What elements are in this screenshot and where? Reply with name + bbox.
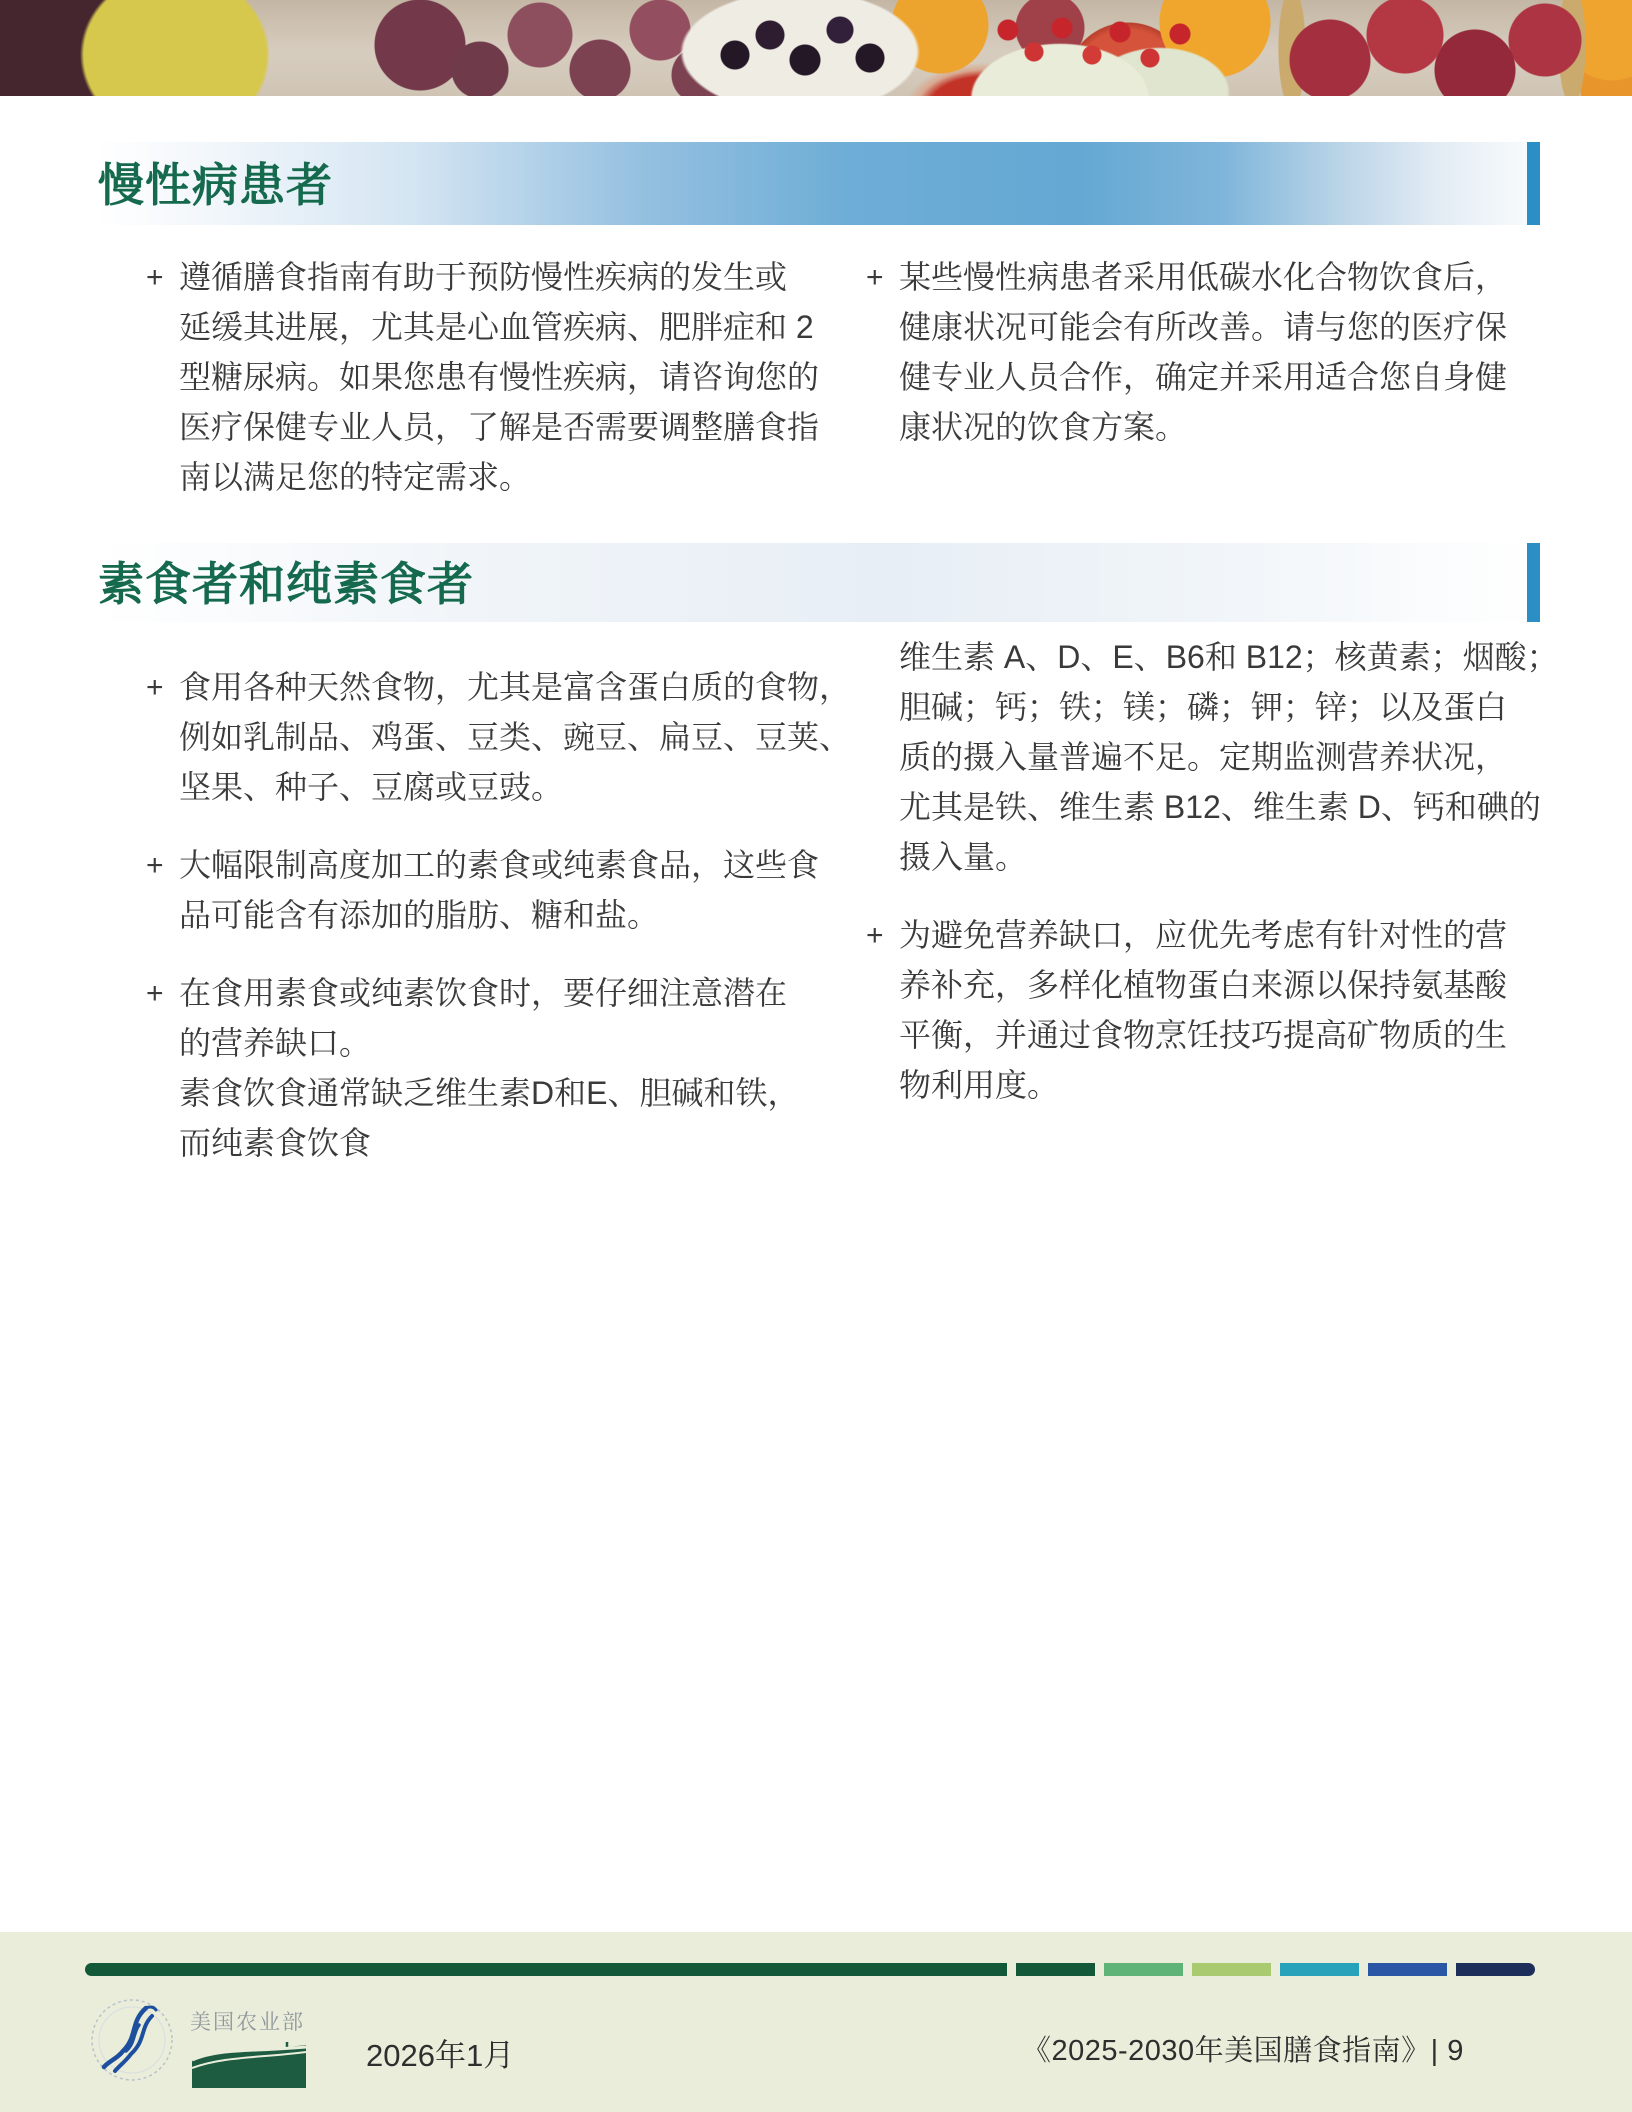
vegetarian-left-column: + 食用各种天然食物，尤其是富含蛋白质的食物， 例如乳制品、鸡蛋、豆类、豌豆、扁… xyxy=(146,662,890,1196)
footer-color-bar xyxy=(85,1963,1535,1976)
bullet-item: + 某些慢性病患者采用低碳水化合物饮食后， 健康状况可能会有所改善。请与您的医疗… xyxy=(866,252,1566,452)
fruits-photo-banner xyxy=(0,0,1632,96)
bullet-text: 遵循膳食指南有助于预防慢性疾病的发生或 延缓其进展，尤其是心血管疾病、肥胖症和 … xyxy=(179,252,870,502)
footer-bar-segment xyxy=(85,1963,1007,1976)
section-header-vegetarian: 素食者和纯素食者 xyxy=(95,543,1540,622)
chronic-left-column: + 遵循膳食指南有助于预防慢性疾病的发生或 延缓其进展，尤其是心血管疾病、肥胖症… xyxy=(146,252,870,530)
plus-bullet-marker: + xyxy=(146,840,179,940)
hhs-logo xyxy=(88,1994,176,2086)
bullet-text: 在食用素食或纯素饮食时，要仔细注意潜在 的营养缺口。 素食饮食通常缺乏维生素D和… xyxy=(179,968,890,1168)
bullet-item: + 食用各种天然食物，尤其是富含蛋白质的食物， 例如乳制品、鸡蛋、豆类、豌豆、扁… xyxy=(146,662,890,812)
footer-bar-segment xyxy=(1192,1963,1271,1976)
bullet-text: 某些慢性病患者采用低碳水化合物饮食后， 健康状况可能会有所改善。请与您的医疗保 … xyxy=(899,252,1566,452)
bullet-text: 大幅限制高度加工的素食或纯素食品，这些食 品可能含有添加的脂肪、糖和盐。 xyxy=(179,840,890,940)
footer-bar-segment xyxy=(1368,1963,1447,1976)
section-title: 素食者和纯素食者 xyxy=(95,559,474,607)
chronic-right-column: + 某些慢性病患者采用低碳水化合物饮食后， 健康状况可能会有所改善。请与您的医疗… xyxy=(866,252,1566,480)
footer-page-info: 《2025-2030年美国膳食指南》| 9 xyxy=(1022,2028,1464,2069)
document-page: 慢性病患者 + 遵循膳食指南有助于预防慢性疾病的发生或 延缓其进展，尤其是心血管… xyxy=(0,0,1632,2112)
usda-field-icon xyxy=(190,2040,308,2090)
plus-bullet-marker: + xyxy=(146,252,179,502)
footer-bar-segment xyxy=(1104,1963,1183,1976)
plus-bullet-marker: + xyxy=(866,910,899,1110)
plus-bullet-marker: + xyxy=(866,252,899,452)
plus-bullet-marker: + xyxy=(146,968,179,1168)
bullet-text: 食用各种天然食物，尤其是富含蛋白质的食物， 例如乳制品、鸡蛋、豆类、豌豆、扁豆、… xyxy=(179,662,890,812)
usda-logo: 美国农业部 xyxy=(190,1994,308,2095)
plus-bullet-marker: + xyxy=(146,662,179,812)
bullet-text: 维生素 A、D、E、B6和 B12；核黄素；烟酸； 胆碱；钙；铁；镁；磷；钾；锌… xyxy=(899,632,1566,882)
footer-bar-segment xyxy=(1456,1963,1535,1976)
section-header-chronic-disease: 慢性病患者 xyxy=(95,142,1540,225)
footer: 美国农业部 2026年1月 《2025-2030年美国膳食指南》| 9 xyxy=(0,1932,1632,2112)
footer-logos: 美国农业部 2026年1月 xyxy=(88,1994,514,2095)
bullet-text: 为避免营养缺口，应优先考虑有针对性的营 养补充，多样化植物蛋白来源以保持氨基酸 … xyxy=(899,910,1566,1110)
bullet-item: + 在食用素食或纯素饮食时，要仔细注意潜在 的营养缺口。 素食饮食通常缺乏维生素… xyxy=(146,968,890,1168)
footer-date: 2026年1月 xyxy=(366,1994,514,2075)
vegetarian-right-column: 维生素 A、D、E、B6和 B12；核黄素；烟酸； 胆碱；钙；铁；镁；磷；钾；锌… xyxy=(866,632,1566,1138)
header-accent-tab xyxy=(1527,543,1540,622)
bullet-item: + 大幅限制高度加工的素食或纯素食品，这些食 品可能含有添加的脂肪、糖和盐。 xyxy=(146,840,890,940)
footer-bar-segment xyxy=(1016,1963,1095,1976)
usda-label: 美国农业部 xyxy=(190,2006,308,2036)
section-title: 慢性病患者 xyxy=(95,160,333,208)
header-accent-tab xyxy=(1527,142,1540,225)
bullet-item: + 遵循膳食指南有助于预防慢性疾病的发生或 延缓其进展，尤其是心血管疾病、肥胖症… xyxy=(146,252,870,502)
bullet-item: + 为避免营养缺口，应优先考虑有针对性的营 养补充，多样化植物蛋白来源以保持氨基… xyxy=(866,910,1566,1110)
continuation-item: 维生素 A、D、E、B6和 B12；核黄素；烟酸； 胆碱；钙；铁；镁；磷；钾；锌… xyxy=(866,632,1566,882)
empty-bullet-marker xyxy=(866,632,899,882)
footer-bar-segment xyxy=(1280,1963,1359,1976)
